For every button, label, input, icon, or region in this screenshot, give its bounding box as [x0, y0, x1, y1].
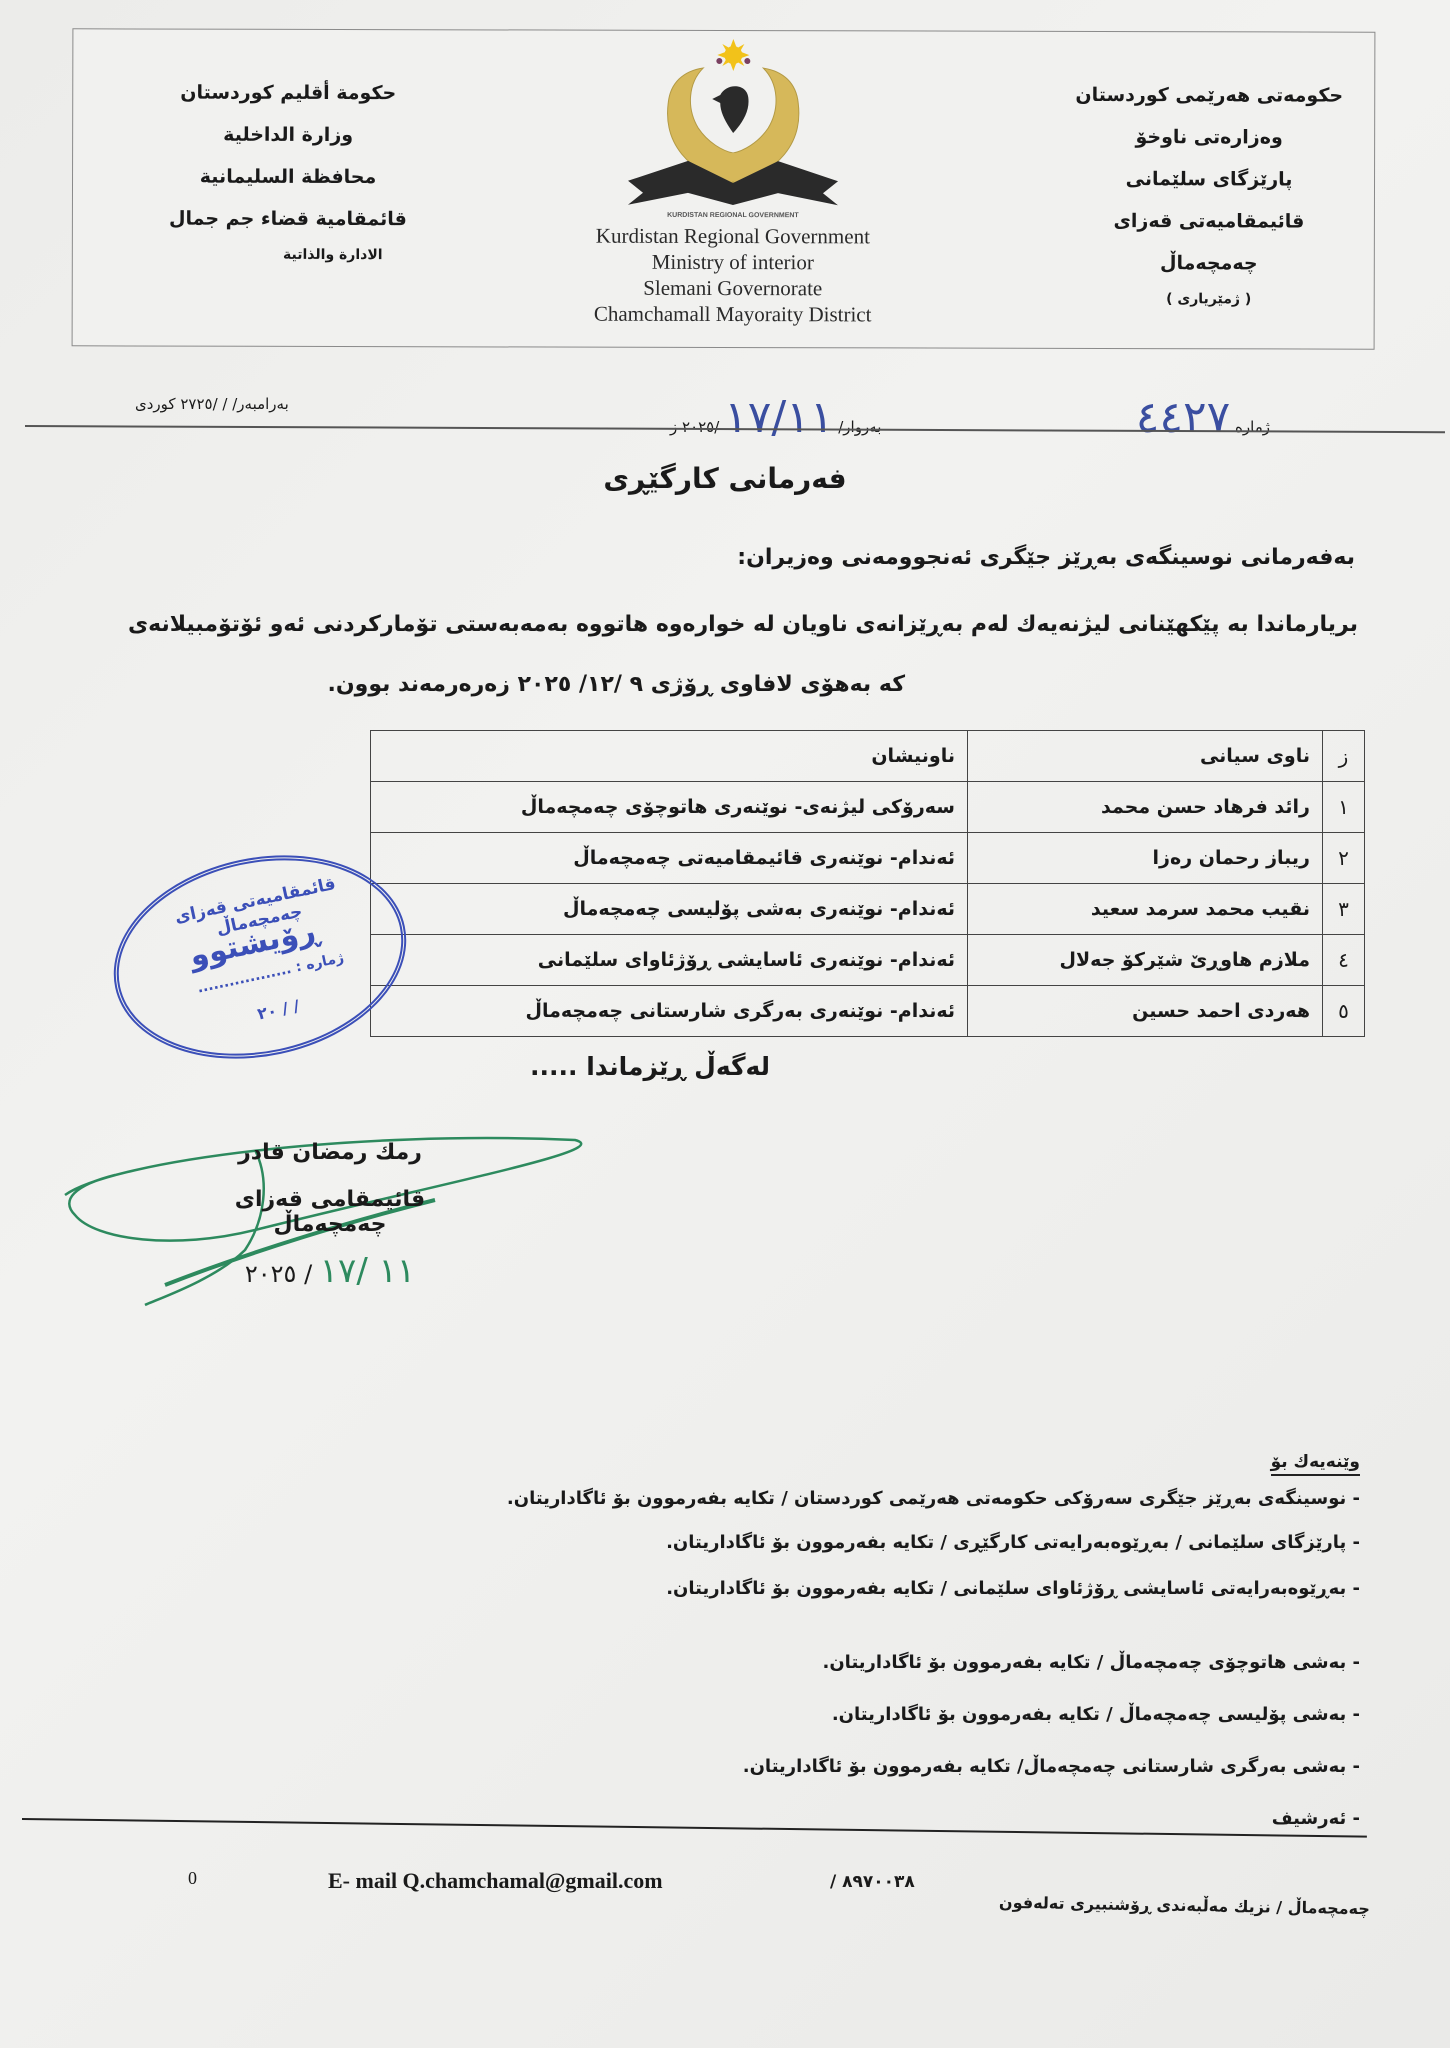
footer-address: چەمچەماڵ / نزیك مەڵبەندی ڕۆشنبیری تەلەفو… — [999, 1893, 1370, 1918]
cc-item: - بەڕێوەبەرایەتی ئاسایشی ڕۆژئاوای سلێمان… — [666, 1578, 1360, 1599]
column-header-role: ناونیشان — [371, 731, 968, 782]
row-name: هەردی احمد حسین — [968, 986, 1323, 1037]
body-line: کە بەهۆی لافاوی ڕۆژی ٩ /١٢/ ٢٠٢٥ زەرەرمە… — [328, 672, 905, 697]
body-line: بریارماندا بە پێکهێنانی لیژنەیەك لەم بەڕ… — [128, 612, 1358, 637]
footer-divider — [22, 1818, 1367, 1838]
signature-date-printed: / ٢٠٢٥ — [245, 1260, 312, 1288]
column-header-number: ز — [1323, 731, 1365, 782]
row-number: ٢ — [1323, 833, 1365, 884]
reference-equivalent-label: بەرامبەر/ — [232, 395, 289, 413]
reference-date-label: بەروار/ — [838, 418, 881, 436]
row-role: ئەندام- نوێنەری قائیمقامیەتی چەمچەماڵ — [371, 833, 968, 884]
cc-item: - بەشی پۆلیسی چەمچەماڵ / تکایە بفەرموون … — [832, 1704, 1360, 1725]
arabic-line: وزارة الداخلية — [133, 113, 443, 156]
table-row: ٢ ریباز رحمان رەزا ئەندام- نوێنەری قائیم… — [371, 833, 1365, 884]
footer-email: E- mail Q.chamchamal@gmail.com — [328, 1868, 663, 1894]
row-name: نقیب محمد سرمد سعید — [968, 884, 1323, 935]
signatory-name: رمك رمضان قادر — [190, 1140, 470, 1165]
row-name: رائد فرهاد حسن محمد — [968, 782, 1323, 833]
row-role: ئەندام- نوێنەری ئاسایشی ڕۆژئاوای سلێمانی — [371, 935, 968, 986]
reference-equivalent-value: / /٢٧٢٥ کوردی — [135, 395, 227, 413]
table-row: ١ رائد فرهاد حسن محمد سەرۆکی لیژنەی- نوێ… — [371, 782, 1365, 833]
row-role: ئەندام- نوێنەری بەرگری شارستانی چەمچەماڵ — [371, 986, 968, 1037]
signature-block: رمك رمضان قادر قائیمقامی قەزای چەمچەماڵ … — [190, 1140, 470, 1291]
reference-date-handwritten: ١٧/١١ — [724, 392, 833, 443]
row-number: ٤ — [1323, 935, 1365, 986]
kurdish-line: پارێزگای سلێمانی — [1064, 158, 1354, 201]
krg-eagle-emblem-icon: KURDISTAN REGIONAL GOVERNMENT — [608, 33, 858, 224]
row-name: ریباز رحمان رەزا — [968, 833, 1323, 884]
footer-phone: ٨٩٧٠٠٣٨ / — [830, 1872, 915, 1892]
english-line: Slemani Governorate — [553, 275, 913, 302]
row-name: ملازم هاوڕێ شێرکۆ جەلال — [968, 935, 1323, 986]
column-header-name: ناوی سیانی — [968, 731, 1323, 782]
signatory-title: قائیمقامی قەزای چەمچەماڵ — [190, 1187, 470, 1237]
table-header-row: ز ناوی سیانی ناونیشان — [371, 731, 1365, 782]
reference-number-label: ژمارە — [1235, 418, 1270, 436]
letterhead-arabic: حكومة أقليم كوردستان وزارة الداخلية محاف… — [133, 71, 444, 270]
kurdish-line: وەزارەتی ناوخۆ — [1064, 116, 1354, 159]
signature-date: ١١ /١٧ / ٢٠٢٥ — [190, 1251, 470, 1291]
table-row: ٥ هەردی احمد حسین ئەندام- نوێنەری بەرگری… — [371, 986, 1365, 1037]
reference-equivalent: بەرامبەر/ / /٢٧٢٥ کوردی — [135, 395, 289, 413]
cc-item: - پارێزگای سلێمانی / بەڕێوەبەرایەتی کارگ… — [666, 1532, 1360, 1553]
committee-table: ز ناوی سیانی ناونیشان ١ رائد فرهاد حسن م… — [370, 730, 1365, 1037]
cc-item: - ئەرشیف — [1272, 1808, 1360, 1829]
english-line: Chamchamall Mayoraity District — [553, 301, 913, 328]
row-number: ٣ — [1323, 884, 1365, 935]
page-marker: 0 — [188, 1868, 197, 1889]
letterhead: حكومة أقليم كوردستان وزارة الداخلية محاف… — [72, 28, 1376, 349]
cc-item: - بەشی هاتوچۆی چەمچەماڵ / تکایە بفەرموون… — [822, 1652, 1360, 1673]
row-role: ئەندام- نوێنەری بەشی پۆلیسی چەمچەماڵ — [371, 884, 968, 935]
table-row: ٣ نقیب محمد سرمد سعید ئەندام- نوێنەری بە… — [371, 884, 1365, 935]
row-role: سەرۆکی لیژنەی- نوێنەری هاتوچۆی چەمچەماڵ — [371, 782, 968, 833]
arabic-subline: الادارة والذاتية — [133, 239, 443, 270]
reference-date: بەروار/ ١٧/١١ /٢٠٢٥ ز — [670, 392, 881, 443]
letterhead-kurdish: حکومەتی هەرێمی کوردستان وەزارەتی ناوخۆ پ… — [1064, 74, 1355, 315]
letterhead-center: KURDISTAN REGIONAL GOVERNMENT Kurdistan … — [553, 33, 914, 328]
cc-item: - نوسینگەی بەڕێز جێگری سەرۆکی حکومەتی هە… — [507, 1488, 1360, 1509]
arabic-line: حكومة أقليم كوردستان — [133, 71, 443, 114]
row-number: ١ — [1323, 782, 1365, 833]
kurdish-line: قائیمقامیەتی قەزای چەمچەماڵ — [1064, 200, 1354, 285]
reference-number-value: ٤٤٢٧ — [1136, 392, 1231, 443]
table-row: ٤ ملازم هاوڕێ شێرکۆ جەلال ئەندام- نوێنەر… — [371, 935, 1365, 986]
kurdish-line: حکومەتی هەرێمی کوردستان — [1064, 74, 1354, 117]
arabic-line: محافظة السليمانية — [133, 155, 443, 198]
kurdish-subline: ( ژمێریاری ) — [1064, 284, 1354, 315]
english-line: Kurdistan Regional Government — [553, 223, 913, 250]
cc-item: - بەشی بەرگری شارستانی چەمچەماڵ/ تکایە ب… — [743, 1756, 1360, 1777]
reference-number: ژمارە ٤٤٢٧ — [1136, 392, 1270, 443]
document-title: فەرمانی کارگێڕی — [0, 462, 1450, 495]
english-line: Ministry of interior — [553, 249, 913, 276]
document-page: حكومة أقليم كوردستان وزارة الداخلية محاف… — [0, 0, 1450, 2048]
closing-phrase: لەگەڵ ڕێزماندا ..... — [530, 1052, 770, 1081]
body-line: بەفەرمانی نوسینگەی بەڕێز جێگری ئەنجوومەن… — [737, 545, 1355, 570]
cc-heading: وێنەیەك بۆ — [1271, 1452, 1360, 1476]
signature-date-handwritten: ١١ /١٧ — [320, 1251, 415, 1291]
row-number: ٥ — [1323, 986, 1365, 1037]
arabic-line: قائمقامية قضاء جم جمال — [133, 197, 443, 240]
svg-text:KURDISTAN REGIONAL GOVERNMENT: KURDISTAN REGIONAL GOVERNMENT — [667, 212, 799, 219]
